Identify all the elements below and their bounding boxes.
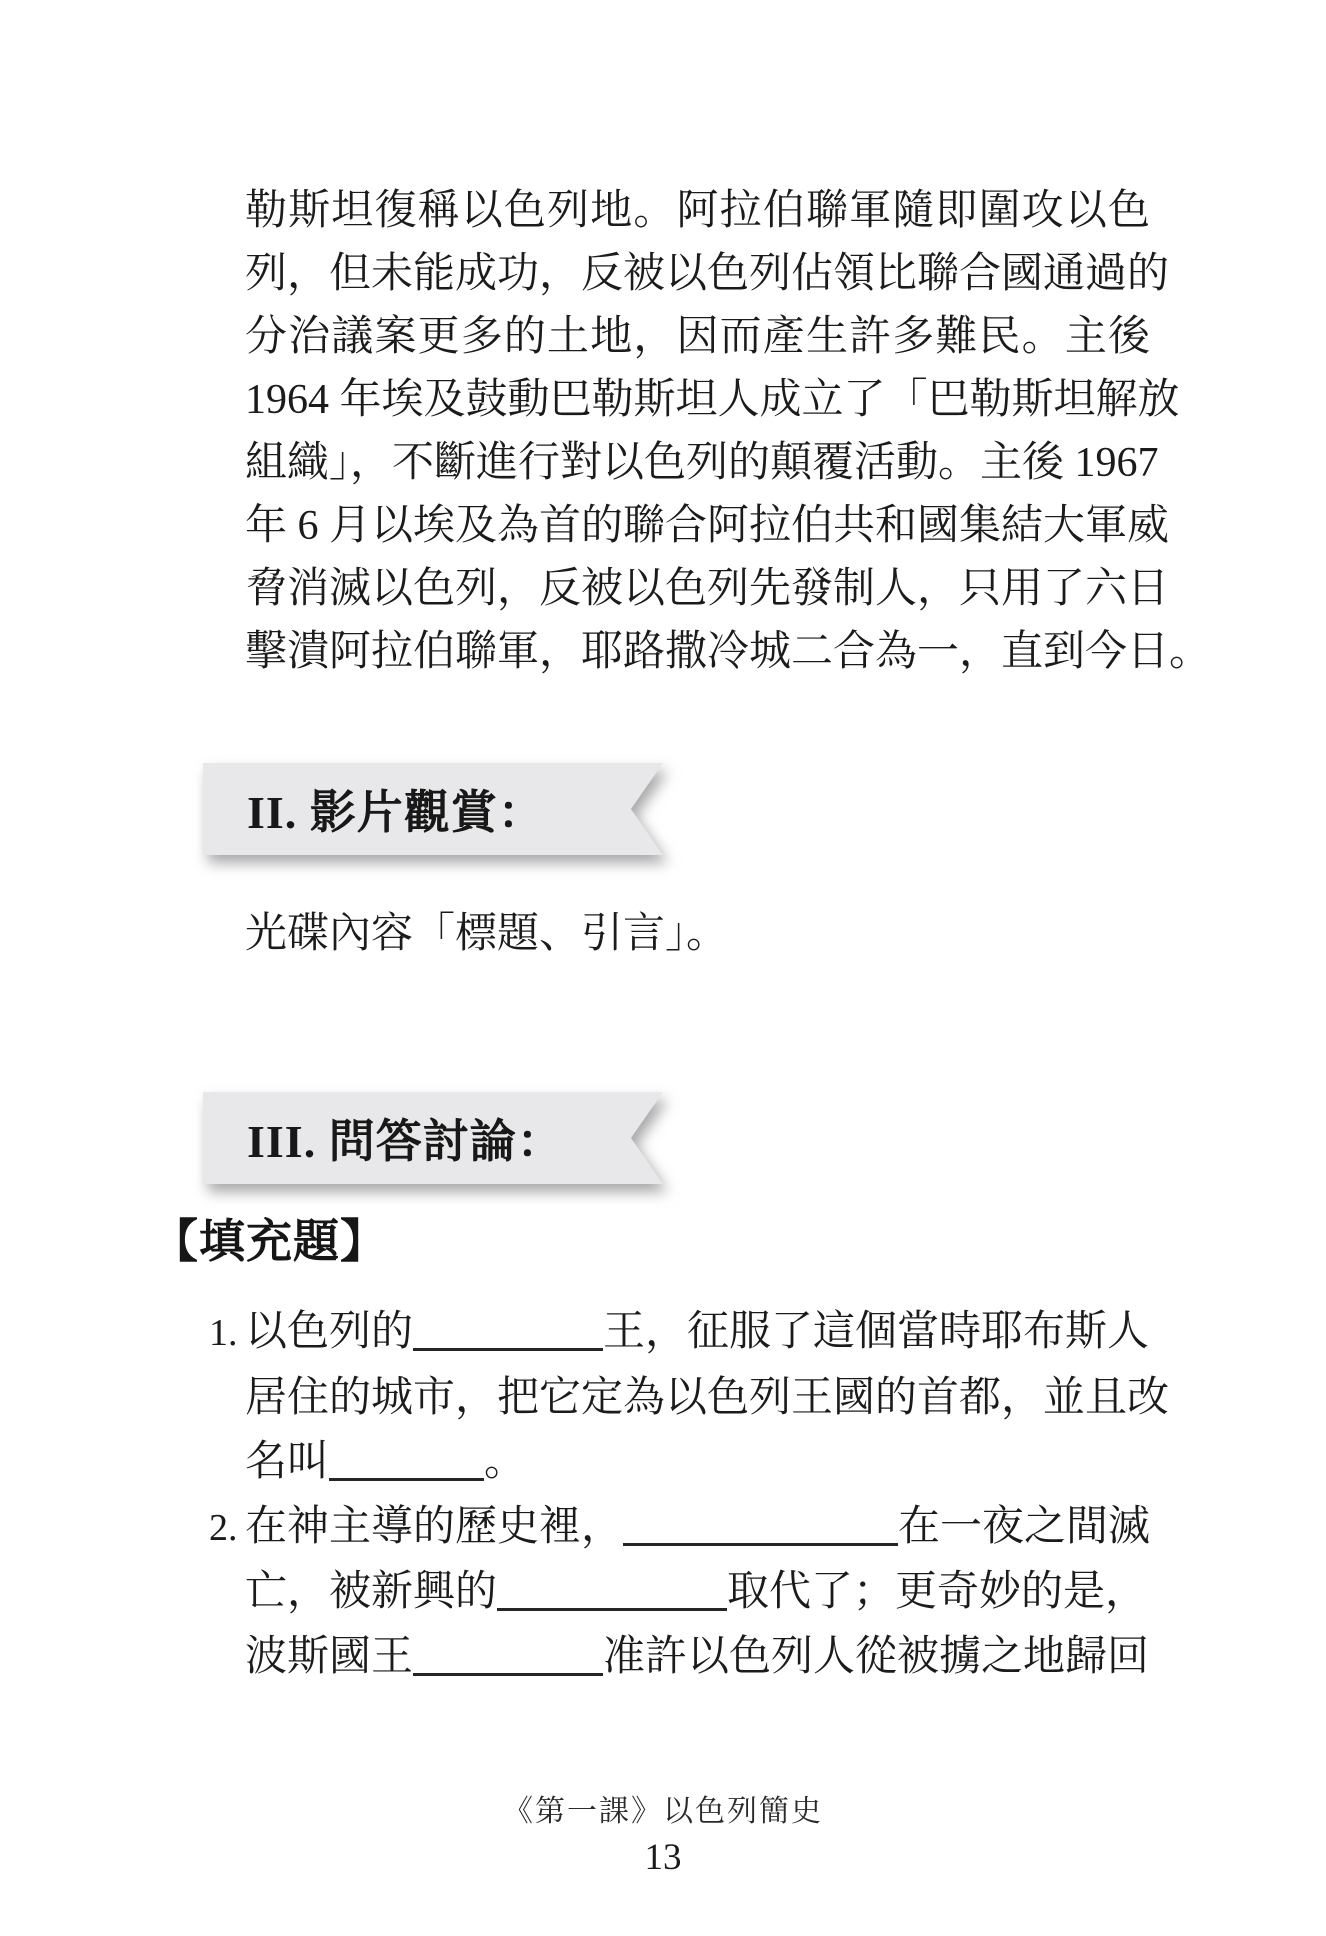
fill-in-heading: 【填充題】 [152, 1205, 387, 1271]
paragraph-line-7: 脅消滅以色列，反被以色列先發制人，只用了六日 [245, 558, 1150, 621]
paragraph-line-6: 年 6 月以埃及為首的聯合阿拉伯共和國集結大軍威 [245, 495, 1150, 558]
section-title-qa: III. 問答討論： [247, 1105, 564, 1171]
fill-blank-q2-2 [497, 1568, 727, 1611]
question-2-text-b: 在一夜之間滅 [898, 1504, 1150, 1550]
question-2-text-a: 在神主導的歷史裡， [245, 1504, 623, 1550]
ribbon-shape-qa: III. 問答討論： [203, 1092, 663, 1184]
fill-blank-q1-1 [413, 1308, 603, 1351]
fill-blank-q2-1 [623, 1503, 898, 1546]
question-2-line-3: 波斯國王准許以色列人從被擄之地歸回 [245, 1625, 1150, 1690]
workbook-page: 勒斯坦復稱以色列地。阿拉伯聯軍隨即圍攻以色 列，但未能成功，反被以色列佔領比聯合… [0, 0, 1326, 1936]
section-banner-qa: III. 問答討論： [203, 1092, 673, 1184]
question-1-text-d: 。 [484, 1439, 526, 1485]
page-number: 13 [0, 1836, 1326, 1879]
paragraph-line-3: 分治議案更多的土地，因而產生許多難民。主後 [245, 306, 1150, 369]
intro-paragraph: 勒斯坦復稱以色列地。阿拉伯聯軍隨即圍攻以色 列，但未能成功，反被以色列佔領比聯合… [245, 180, 1150, 684]
fill-blank-q2-3 [413, 1633, 603, 1676]
fill-blank-q1-2 [329, 1438, 484, 1481]
footer-lesson-caption: 《第一課》以色列簡史 [0, 1786, 1326, 1830]
question-2-line-2: 亡，被新興的取代了；更奇妙的是， [245, 1560, 1150, 1625]
section-banner-video: II. 影片觀賞： [203, 763, 673, 855]
question-2-text-f: 准許以色列人從被擄之地歸回 [603, 1634, 1149, 1680]
question-1-line-2: 居住的城市，把它定為以色列王國的首都，並且改 [245, 1366, 1150, 1431]
question-2-number: 2. [209, 1496, 245, 1561]
section-title-video: II. 影片觀賞： [247, 776, 545, 842]
paragraph-line-4: 1964 年埃及鼓動巴勒斯坦人成立了「巴勒斯坦解放 [245, 369, 1150, 432]
question-2-text-e: 波斯國王 [245, 1634, 413, 1680]
question-1-number: 1. [209, 1301, 245, 1366]
question-1-line-3: 名叫。 [245, 1430, 1150, 1495]
question-1-text-a: 以色列的 [245, 1309, 413, 1355]
video-section-body: 光碟內容「標題、引言」。 [245, 903, 728, 966]
question-2-text-c: 亡，被新興的 [245, 1569, 497, 1615]
question-list: 1.以色列的王，征服了這個當時耶布斯人 居住的城市，把它定為以色列王國的首都，並… [245, 1300, 1150, 1689]
paragraph-line-8: 擊潰阿拉伯聯軍，耶路撒冷城二合為一，直到今日。 [245, 621, 1150, 684]
paragraph-line-2: 列，但未能成功，反被以色列佔領比聯合國通過的 [245, 243, 1150, 306]
question-1-text-c: 名叫 [245, 1439, 329, 1485]
question-1-line-1: 1.以色列的王，征服了這個當時耶布斯人 [245, 1300, 1150, 1366]
paragraph-line-1: 勒斯坦復稱以色列地。阿拉伯聯軍隨即圍攻以色 [245, 180, 1150, 243]
question-2-line-1: 2.在神主導的歷史裡，在一夜之間滅 [245, 1495, 1150, 1561]
question-1-text-b: 王，征服了這個當時耶布斯人 [603, 1309, 1149, 1355]
ribbon-shape-video: II. 影片觀賞： [203, 763, 663, 855]
paragraph-line-5: 組織」，不斷進行對以色列的顛覆活動。主後 1967 [245, 432, 1150, 495]
question-2-text-d: 取代了；更奇妙的是， [727, 1569, 1147, 1615]
